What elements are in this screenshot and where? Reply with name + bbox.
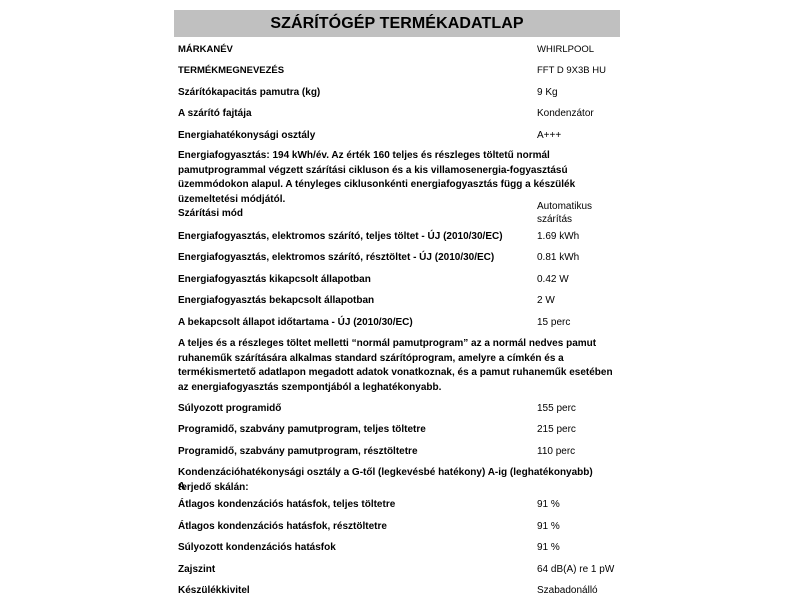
spec-value: FFT D 9X3B HU bbox=[537, 64, 606, 77]
sheet-title: SZÁRÍTÓGÉP TERMÉKADATLAP bbox=[174, 10, 620, 37]
spec-value: 1.69 kWh bbox=[537, 230, 579, 243]
spec-value: A+++ bbox=[537, 129, 561, 142]
spec-label: Szárítókapacitás pamutra (kg) bbox=[178, 86, 320, 99]
spec-value: 91 % bbox=[537, 541, 560, 554]
product-data-sheet: SZÁRÍTÓGÉP TERMÉKADATLAP bbox=[174, 10, 620, 37]
spec-label: Zajszint bbox=[178, 563, 215, 576]
spec-value: Kondenzátor bbox=[537, 107, 594, 120]
spec-label: MÁRKANÉV bbox=[178, 43, 233, 56]
spec-value: 0.42 W bbox=[537, 273, 569, 286]
condensation-class-value: A bbox=[178, 480, 618, 495]
spec-label: Energiafogyasztás bekapcsolt állapotban bbox=[178, 294, 374, 307]
spec-value: 215 perc bbox=[537, 423, 576, 436]
spec-value: WHIRLPOOL bbox=[537, 43, 594, 56]
spec-label: Programidő, szabvány pamutprogram, telje… bbox=[178, 423, 426, 436]
spec-label: Programidő, szabvány pamutprogram, részt… bbox=[178, 445, 418, 458]
spec-label: Súlyozott programidő bbox=[178, 402, 281, 415]
spec-label: Átlagos kondenzációs hatásfok, teljes tö… bbox=[178, 498, 395, 511]
standard-program-note: A teljes és a részleges töltet melletti … bbox=[178, 337, 618, 395]
spec-label: Energiafogyasztás kikapcsolt állapotban bbox=[178, 273, 371, 286]
spec-label: Energiafogyasztás, elektromos szárító, t… bbox=[178, 230, 503, 243]
spec-value: 15 perc bbox=[537, 316, 570, 329]
spec-label: Súlyozott kondenzációs hatásfok bbox=[178, 541, 336, 554]
spec-value: 0.81 kWh bbox=[537, 251, 579, 264]
spec-value: 110 perc bbox=[537, 445, 575, 458]
spec-label: Energiafogyasztás, elektromos szárító, r… bbox=[178, 251, 494, 264]
spec-value: Automatikus szárítás bbox=[537, 200, 607, 226]
spec-value: 64 dB(A) re 1 pW bbox=[537, 563, 614, 576]
spec-value: 91 % bbox=[537, 520, 560, 533]
spec-label: Átlagos kondenzációs hatásfok, résztölte… bbox=[178, 520, 387, 533]
energy-consumption-note: Energiafogyasztás: 194 kWh/év. Az érték … bbox=[178, 149, 618, 207]
spec-label: Szárítási mód bbox=[178, 207, 243, 220]
spec-value: 155 perc bbox=[537, 402, 576, 415]
spec-label: A szárító fajtája bbox=[178, 107, 252, 120]
spec-label: Energiahatékonysági osztály bbox=[178, 129, 315, 142]
spec-value: Szabadonálló bbox=[537, 584, 598, 597]
spec-value: 2 W bbox=[537, 294, 555, 307]
spec-label: TERMÉKMEGNEVEZÉS bbox=[178, 64, 284, 77]
spec-value: 9 Kg bbox=[537, 86, 558, 99]
spec-label: A bekapcsolt állapot időtartama - ÚJ (20… bbox=[178, 316, 413, 329]
spec-label: Készülékkivitel bbox=[178, 584, 250, 597]
spec-value: 91 % bbox=[537, 498, 560, 511]
